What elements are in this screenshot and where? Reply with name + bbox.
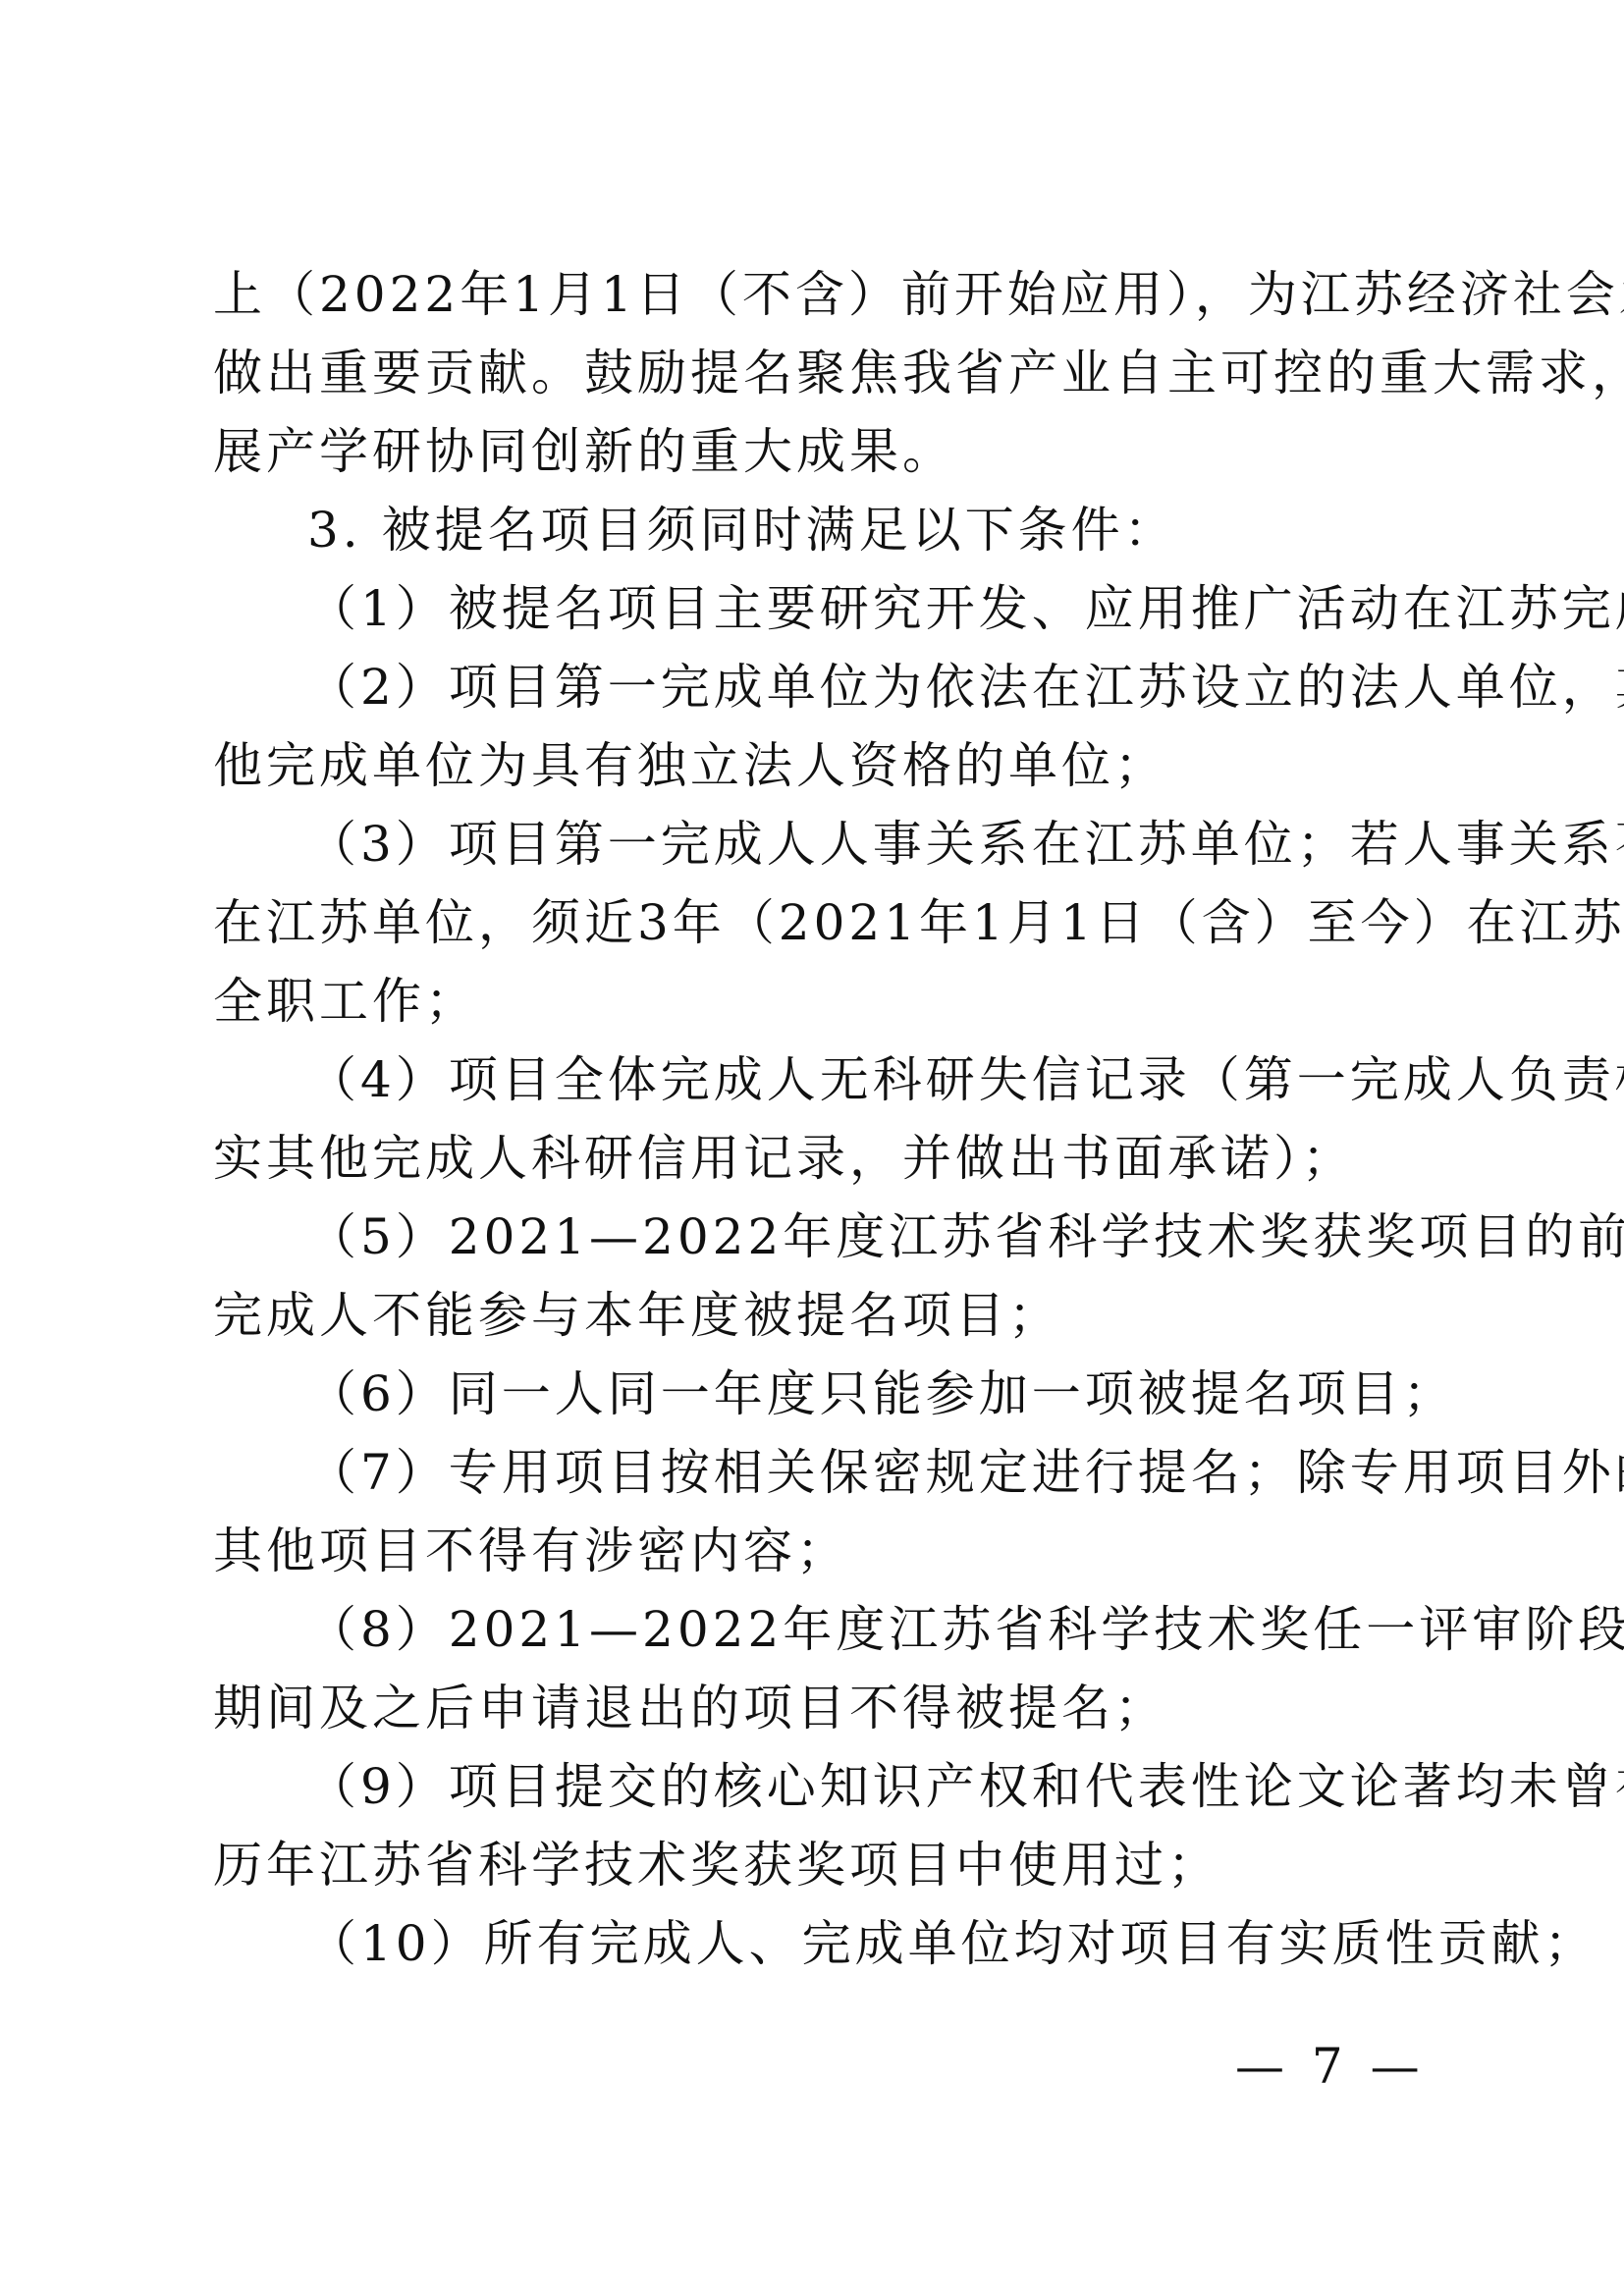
condition-6: （6）同一人同一年度只能参加一项被提名项目； xyxy=(307,1355,1456,1433)
condition-9-line-2: 历年江苏省科学技术奖获奖项目中使用过； xyxy=(213,1826,1220,1904)
condition-7-line-1: （7）专用项目按相关保密规定进行提名；除专用项目外的 xyxy=(307,1433,1427,1512)
condition-8-line-2: 期间及之后申请退出的项目不得被提名； xyxy=(213,1669,1167,1747)
condition-5-line-2: 完成人不能参与本年度被提名项目； xyxy=(213,1276,1061,1355)
paragraph-line-continuation-3: 展产学研协同创新的重大成果。 xyxy=(213,412,955,491)
paragraph-line-continuation-2: 做出重要贡献。鼓励提名聚焦我省产业自主可控的重大需求，开 xyxy=(213,334,1427,412)
condition-8-line-1: （8）2021—2022年度江苏省科学技术奖任一评审阶段公示 xyxy=(307,1590,1427,1669)
page-number: — 7 — xyxy=(1235,2027,1426,2106)
condition-3-line-3: 全职工作； xyxy=(213,962,478,1041)
condition-9-line-1: （9）项目提交的核心知识产权和代表性论文论著均未曾在 xyxy=(307,1747,1427,1826)
paragraph-line-continuation-1: 上（2022年1月1日（不含）前开始应用），为江苏经济社会发展 xyxy=(213,255,1427,334)
condition-10: （10）所有完成人、完成单位均对项目有实质性贡献； xyxy=(307,1904,1597,1983)
condition-1: （1）被提名项目主要研究开发、应用推广活动在江苏完成； xyxy=(307,569,1427,648)
condition-4-line-1: （4）项目全体完成人无科研失信记录（第一完成人负责核 xyxy=(307,1041,1427,1119)
condition-4-line-2: 实其他完成人科研信用记录，并做出书面承诺）； xyxy=(213,1119,1355,1198)
section-heading-3: 3. 被提名项目须同时满足以下条件： xyxy=(307,491,1177,569)
condition-7-line-2: 其他项目不得有涉密内容； xyxy=(213,1512,849,1590)
condition-3-line-2: 在江苏单位，须近3年（2021年1月1日（含）至今）在江苏单位 xyxy=(213,883,1427,962)
condition-3-line-1: （3）项目第一完成人人事关系在江苏单位；若人事关系不 xyxy=(307,805,1427,883)
condition-2-line-1: （2）项目第一完成单位为依法在江苏设立的法人单位，其 xyxy=(307,648,1427,726)
condition-2-line-2: 他完成单位为具有独立法人资格的单位； xyxy=(213,726,1167,805)
condition-5-line-1: （5）2021—2022年度江苏省科学技术奖获奖项目的前三名 xyxy=(307,1198,1427,1276)
